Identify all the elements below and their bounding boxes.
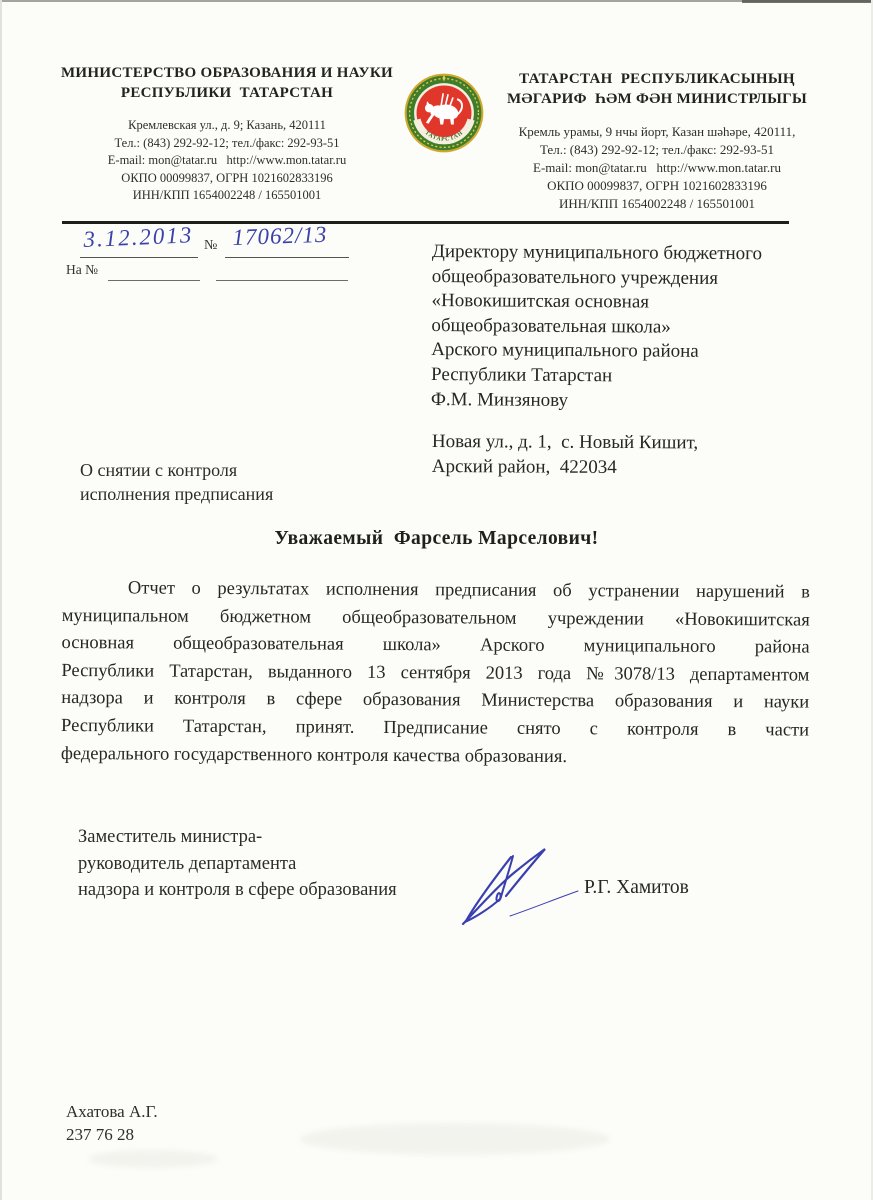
phone-line: Тел.: (843) 292-92-12; тел./факс: 292-93… [477,141,837,159]
scan-left-edge [0,0,2,1200]
postal-address-line: Новая ул., д. 1, с. Новый Кишит, [432,429,830,456]
inn-kpp-line: ИНН/КПП 1654002248 / 165501001 [56,187,398,205]
executor-name: Ахатова А.Г. [66,1100,158,1123]
number-underline [225,257,349,258]
signer-name: Р.Г. Хамитов [584,877,689,899]
ministry-title-ru-line1: МИНИСТЕРСТВО ОБРАЗОВАНИЯ И НАУКИ [56,64,398,84]
executor-block: Ахатова А.Г. 237 76 28 [66,1100,158,1146]
email-line: E-mail: mon@tatar.ru http://www.mon.tata… [477,159,837,177]
body-line: федерального государственного контроля к… [61,741,809,773]
addressee-line: Республики Татарстан [431,363,829,390]
addressee-line: общеобразовательная школа» [431,314,829,341]
body-line: Отчет о результатах исполнения предписан… [62,575,810,607]
addressee-line: Арского муниципального района [431,338,829,365]
number-sign-label: № [204,238,217,254]
letter-body: Отчет о результатах исполнения предписан… [61,575,810,773]
postal-address-line: Арский район, 422034 [432,454,830,481]
phone-line: Тел.: (843) 292-92-12; тел./факс: 292-93… [56,135,398,153]
signer-title-line: Заместитель министра- [78,824,397,851]
okpo-ogrn-line: ОКПО 00099837, ОГРН 1021602833196 [477,177,837,195]
address-line: Кремлевская ул., д. 9; Казань, 420111 [56,117,398,135]
subject-block: О снятии с контроля исполнения предписан… [80,458,273,506]
signer-title-line: руководитель департамента [78,851,397,878]
addressee-line: общеобразовательного учреждения [432,265,830,292]
reply-to-label: На № [66,262,98,278]
body-line: Республики Татарстан, принят. Предписани… [61,713,809,745]
email-line: E-mail: mon@tatar.ru http://www.mon.tata… [56,152,398,170]
postal-address-block: Новая ул., д. 1, с. Новый Кишит, Арский … [432,429,830,481]
address-line: Кремль урамы, 9 нчы йорт, Казан шәһәре, … [477,123,837,141]
salutation: Уважаемый Фарсель Марселович! [0,528,873,550]
handwritten-date: 3.12.2013 [83,222,194,253]
ministry-title-tt-line2: МӘГАРИФ ҺӘМ ФӘН МИНИСТРЛЫГЫ [477,90,837,110]
handwritten-signature [450,836,590,946]
addressee-line: Ф.М. Минзянову [431,388,829,415]
reply-number-blank-2 [216,280,348,281]
handwritten-outgoing-number: 17062/13 [232,222,328,251]
scanned-letter-page: МИНИСТЕРСТВО ОБРАЗОВАНИЯ И НАУКИ РЕСПУБЛ… [0,0,873,1200]
ministry-title-tt-line1: ТАТАРСТАН РЕСПУБЛИКАСЫНЫҢ [477,70,837,90]
signer-title-block: Заместитель министра- руководитель депар… [78,824,397,904]
ministry-title-ru-line2: РЕСПУБЛИКИ ТАТАРСТАН [56,84,398,104]
inn-kpp-line: ИНН/КПП 1654002248 / 165501001 [477,195,837,213]
addressee-line: «Новокишитская основная [431,289,829,316]
signer-title-line: надзора и контроля в сфере образования [78,877,397,904]
tatarstan-coat-of-arms-icon: ТАТАРСТАН [403,72,485,154]
executor-phone: 237 76 28 [66,1123,158,1146]
bleed-through-smudge [300,1123,610,1155]
subject-line: О снятии с контроля [80,458,273,482]
bleed-through-smudge [88,1150,218,1168]
addressee-block: Директору муниципального бюджетного обще… [431,240,830,415]
subject-line: исполнения предписания [80,482,273,506]
addressee-line: Директору муниципального бюджетного [432,240,830,267]
letterhead-tatar: ТАТАРСТАН РЕСПУБЛИКАСЫНЫҢ МӘГАРИФ ҺӘМ ФӘ… [477,70,837,213]
reply-number-blank-1 [108,280,200,281]
date-underline [80,257,198,258]
letterhead-russian: МИНИСТЕРСТВО ОБРАЗОВАНИЯ И НАУКИ РЕСПУБЛ… [56,64,398,205]
body-line: основная общеобразовательная школа» Арск… [61,630,809,662]
scan-top-edge-dark-segment [742,0,873,3]
okpo-ogrn-line: ОКПО 00099837, ОГРН 1021602833196 [56,170,398,188]
